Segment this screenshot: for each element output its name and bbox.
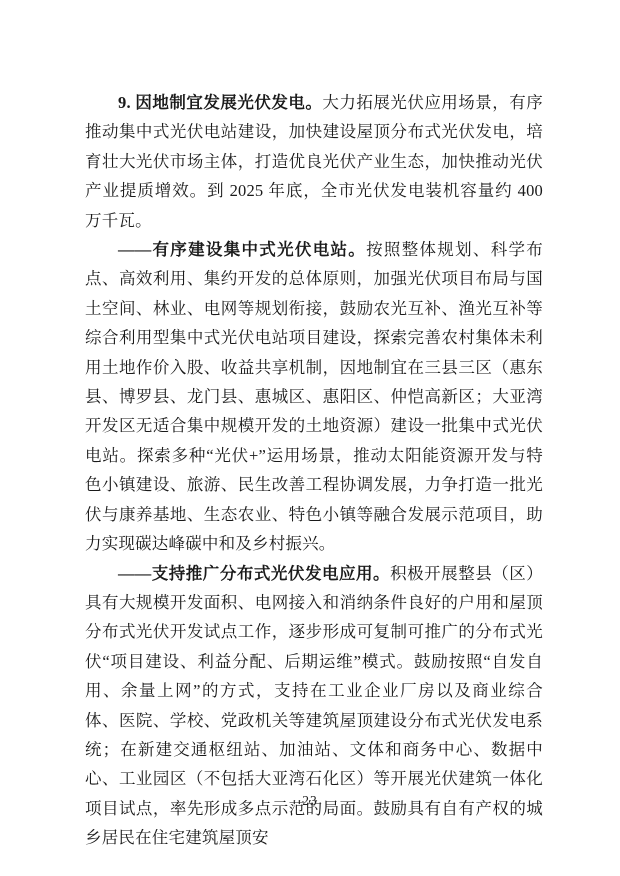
page-number: 23 [0,793,620,809]
document-page: 9. 因地制宜发展光伏发电。大力拓展光伏应用场景，有序推动集中式光伏电站建设，加… [0,0,620,876]
paragraph-item-9: 9. 因地制宜发展光伏发电。大力拓展光伏应用场景，有序推动集中式光伏电站建设，加… [85,88,543,235]
paragraph-9-heading: 9. 因地制宜发展光伏发电。 [118,93,322,112]
paragraph-distributed-pv-heading: ——支持推广分布式光伏发电应用。 [118,564,390,583]
document-body: 9. 因地制宜发展光伏发电。大力拓展光伏应用场景，有序推动集中式光伏电站建设，加… [85,88,543,853]
paragraph-centralized-pv-text: 按照整体规划、科学布点、高效利用、集约开发的总体原则，加强光伏项目布局与国土空间… [85,240,543,553]
paragraph-centralized-pv-heading: ——有序建设集中式光伏电站。 [118,240,366,259]
paragraph-9-text: 大力拓展光伏应用场景，有序推动集中式光伏电站建设，加快建设屋顶分布式光伏发电，培… [85,93,543,230]
paragraph-item-centralized-pv: ——有序建设集中式光伏电站。按照整体规划、科学布点、高效利用、集约开发的总体原则… [85,235,543,558]
